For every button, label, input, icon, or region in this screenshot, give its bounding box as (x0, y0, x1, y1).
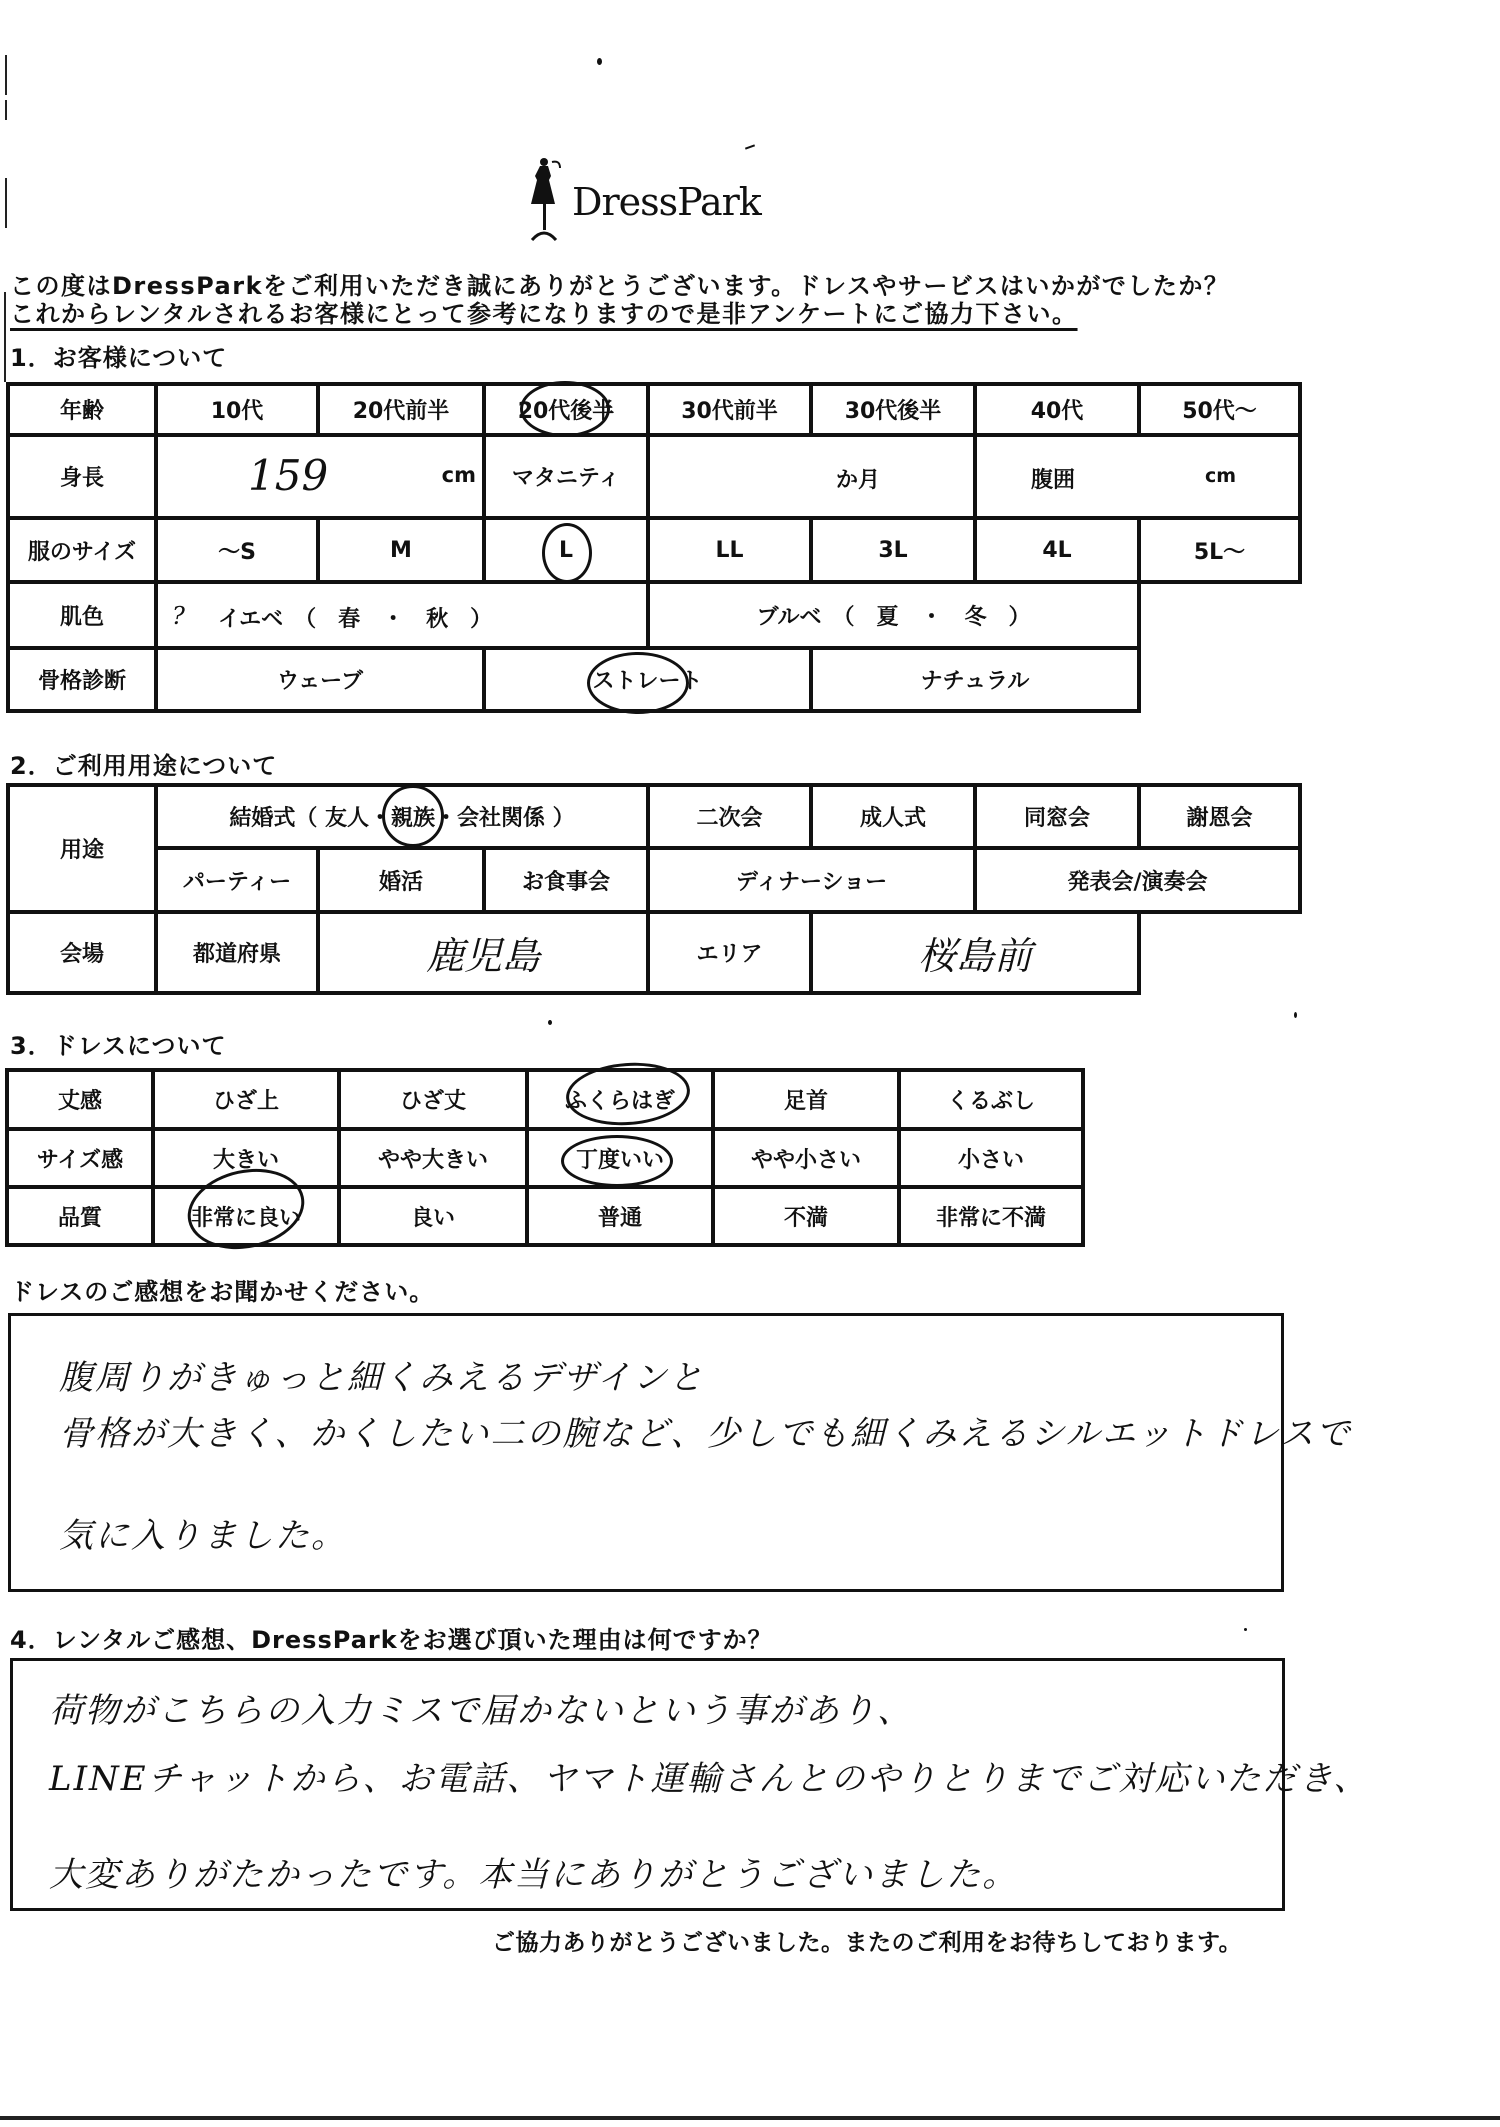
section4-heading: 4．レンタルご感想、DressParkをお選び頂いた理由は何ですか？ (10, 1620, 773, 1655)
size-option-selected[interactable]: L (484, 518, 648, 582)
prefecture-label: 都道府県 (156, 912, 318, 993)
purpose-row-1: 用途 結婚式（ 友人・親族・会社関係 ） 二次会 成人式 同窓会 謝恩会 (8, 785, 1300, 848)
fit-option[interactable]: やや小さい (713, 1129, 899, 1187)
size-row: 服のサイズ ～S M L LL 3L 4L 5L～ (8, 518, 1300, 582)
length-option[interactable]: くるぶし (899, 1070, 1083, 1129)
purpose-row-2: パーティー 婚活 お食事会 ディナーショー 発表会/演奏会 (8, 848, 1300, 912)
height-value: 159 (248, 451, 328, 500)
skin-row: 肌色 ? イエベ （ 春 ・ 秋 ） ブルベ （ 夏 ・ 冬 ） (8, 582, 1300, 648)
fit-option-selected[interactable]: 丁度いい (527, 1129, 713, 1187)
scan-speck (1294, 1012, 1297, 1018)
prefecture-field[interactable]: 鹿児島 (318, 912, 648, 993)
skeleton-row: 骨格診断 ウェーブ ストレート ナチュラル (8, 648, 1300, 711)
rental-feedback-line: 荷物がこちらの入力ミスで届かないという事があり、 (49, 1683, 913, 1732)
scan-speck (1244, 1628, 1247, 1631)
skeleton-label: 骨格診断 (8, 648, 156, 711)
fit-option[interactable]: 大きい (153, 1129, 339, 1187)
scan-bottom-edge (0, 2116, 1500, 2120)
length-option[interactable]: 足首 (713, 1070, 899, 1129)
scan-edge-mark (5, 178, 7, 228)
intro-line-2: これからレンタルされるお客様にとって参考になりますので是非アンケートにご協力下さ… (10, 294, 1078, 329)
length-label: 丈感 (7, 1070, 153, 1129)
skeleton-option[interactable]: ウェーブ (156, 648, 484, 711)
section2-heading: 2．ご利用用途について (10, 746, 277, 781)
size-option[interactable]: 5L～ (1139, 518, 1300, 582)
age-option[interactable]: 30代後半 (811, 384, 975, 435)
dress-comment-line: 気に入りました。 (59, 1508, 347, 1557)
height-row: 身長 159 cm マタニティ か月 腹囲 cm (8, 435, 1300, 518)
purpose-option[interactable]: 婚活 (318, 848, 484, 912)
length-option-selected[interactable]: ふくらはぎ (527, 1070, 713, 1129)
area-label: エリア (648, 912, 811, 993)
purpose-option[interactable]: 謝恩会 (1139, 785, 1300, 848)
skeleton-option[interactable]: ナチュラル (811, 648, 1139, 711)
age-option[interactable]: 10代 (156, 384, 318, 435)
purpose-option[interactable]: 同窓会 (975, 785, 1139, 848)
scan-edge-mark (4, 292, 6, 382)
age-row: 年齢 10代 20代前半 20代後半 30代前半 30代後半 40代 50代～ (8, 384, 1300, 435)
height-label: 身長 (8, 435, 156, 518)
empty-cell (1139, 582, 1300, 648)
height-field[interactable]: 159 cm (156, 435, 484, 518)
footer-thanks: ご協力ありがとうございました。またのご利用をお待ちしております。 (492, 1924, 1242, 1957)
skin-handwritten-mark: ? (172, 602, 185, 630)
scan-speck (597, 58, 602, 65)
age-option[interactable]: 20代前半 (318, 384, 484, 435)
skin-cool-option[interactable]: ブルベ （ 夏 ・ 冬 ） (648, 582, 1139, 648)
dress-comment-line: 骨格が大きく、かくしたい二の腕など、少しでも細くみえるシルエットドレスで (59, 1406, 1352, 1455)
fit-option[interactable]: やや大きい (339, 1129, 527, 1187)
skeleton-option-selected[interactable]: ストレート (484, 648, 811, 711)
length-option[interactable]: ひざ上 (153, 1070, 339, 1129)
skin-cool-label: ブルベ （ 夏 ・ 冬 ） (756, 605, 1030, 630)
venue-label: 会場 (8, 912, 156, 993)
purpose-option[interactable]: パーティー (156, 848, 318, 912)
fit-row: サイズ感 大きい やや大きい 丁度いい やや小さい 小さい (7, 1129, 1083, 1187)
age-option[interactable]: 40代 (975, 384, 1139, 435)
scan-speck (745, 144, 755, 149)
quality-option[interactable]: 普通 (527, 1187, 713, 1245)
quality-label: 品質 (7, 1187, 153, 1245)
quality-option[interactable]: 良い (339, 1187, 527, 1245)
rental-feedback-line: 大変ありがたかったです。本当にありがとうございました。 (49, 1847, 1018, 1896)
quality-option-selected[interactable]: 非常に良い (153, 1187, 339, 1245)
area-field[interactable]: 桜島前 (811, 912, 1139, 993)
rental-feedback-box[interactable]: 荷物がこちらの入力ミスで届かないという事があり、 LINEチャットから、お電話、… (10, 1658, 1285, 1911)
size-option[interactable]: 4L (975, 518, 1139, 582)
purpose-option[interactable]: ディナーショー (648, 848, 975, 912)
age-label: 年齢 (8, 384, 156, 435)
size-label: 服のサイズ (8, 518, 156, 582)
empty-cell (1139, 912, 1300, 993)
scan-edge-mark (5, 55, 7, 95)
venue-row: 会場 都道府県 鹿児島 エリア 桜島前 (8, 912, 1300, 993)
size-option[interactable]: M (318, 518, 484, 582)
brand-name: DressPark (572, 180, 761, 224)
purpose-option[interactable]: 二次会 (648, 785, 811, 848)
age-option[interactable]: 30代前半 (648, 384, 811, 435)
dress-table: 丈感 ひざ上 ひざ丈 ふくらはぎ 足首 くるぶし サイズ感 大きい やや大きい … (5, 1068, 1085, 1247)
waist-label: 腹囲 (1031, 463, 1075, 494)
skin-label: 肌色 (8, 582, 156, 648)
quality-option[interactable]: 非常に不満 (899, 1187, 1083, 1245)
age-option[interactable]: 50代～ (1139, 384, 1300, 435)
skin-warm-option[interactable]: ? イエベ （ 春 ・ 秋 ） (156, 582, 648, 648)
size-option[interactable]: 3L (811, 518, 975, 582)
usage-table: 用途 結婚式（ 友人・親族・会社関係 ） 二次会 成人式 同窓会 謝恩会 パーテ… (6, 783, 1302, 995)
section3-heading: 3．ドレスについて (10, 1026, 227, 1061)
mannequin-icon (526, 156, 566, 242)
dress-comment-line: 腹周りがきゅっと細くみえるデザインと (59, 1350, 705, 1399)
length-row: 丈感 ひざ上 ひざ丈 ふくらはぎ 足首 くるぶし (7, 1070, 1083, 1129)
dress-comment-prompt: ドレスのご感想をお聞かせください。 (10, 1272, 434, 1307)
waist-field[interactable]: 腹囲 cm (975, 435, 1300, 518)
fit-label: サイズ感 (7, 1129, 153, 1187)
wedding-relatives-selected[interactable]: 親族 (391, 806, 435, 831)
purpose-option[interactable]: 発表会/演奏会 (975, 848, 1300, 912)
maternity-months-field[interactable]: か月 (648, 435, 975, 518)
length-option[interactable]: ひざ丈 (339, 1070, 527, 1129)
area-value: 桜島前 (918, 934, 1032, 978)
wedding-suffix: ・会社関係 ） (435, 806, 575, 831)
purpose-option[interactable]: お食事会 (484, 848, 648, 912)
age-option-selected[interactable]: 20代後半 (484, 384, 648, 435)
purpose-label: 用途 (8, 785, 156, 912)
empty-cell (1139, 648, 1300, 711)
maternity-label: マタニティ (484, 435, 648, 518)
months-unit: か月 (836, 463, 880, 494)
size-option[interactable]: LL (648, 518, 811, 582)
rental-feedback-line: LINEチャットから、お電話、ヤマト運輸さんとのやりとりまでご対応いただき、 (49, 1751, 1369, 1800)
customer-info-table: 年齢 10代 20代前半 20代後半 30代前半 30代後半 40代 50代～ … (6, 382, 1302, 713)
size-option[interactable]: ～S (156, 518, 318, 582)
waist-unit: cm (1205, 465, 1236, 487)
dress-comment-box[interactable]: 腹周りがきゅっと細くみえるデザインと 骨格が大きく、かくしたい二の腕など、少しで… (8, 1313, 1284, 1592)
brand-logo: DressPark (526, 156, 766, 242)
skin-warm-label: イエベ （ 春 ・ 秋 ） (218, 602, 492, 633)
purpose-wedding[interactable]: 結婚式（ 友人・親族・会社関係 ） (156, 785, 648, 848)
height-unit: cm (442, 463, 476, 487)
scan-speck (548, 1020, 552, 1025)
section1-heading: 1．お客様について (10, 338, 227, 373)
prefecture-value: 鹿児島 (426, 934, 540, 978)
quality-row: 品質 非常に良い 良い 普通 不満 非常に不満 (7, 1187, 1083, 1245)
wedding-prefix: 結婚式（ 友人・ (229, 806, 391, 831)
fit-option[interactable]: 小さい (899, 1129, 1083, 1187)
quality-option[interactable]: 不満 (713, 1187, 899, 1245)
scan-edge-mark (5, 100, 7, 120)
purpose-option[interactable]: 成人式 (811, 785, 975, 848)
